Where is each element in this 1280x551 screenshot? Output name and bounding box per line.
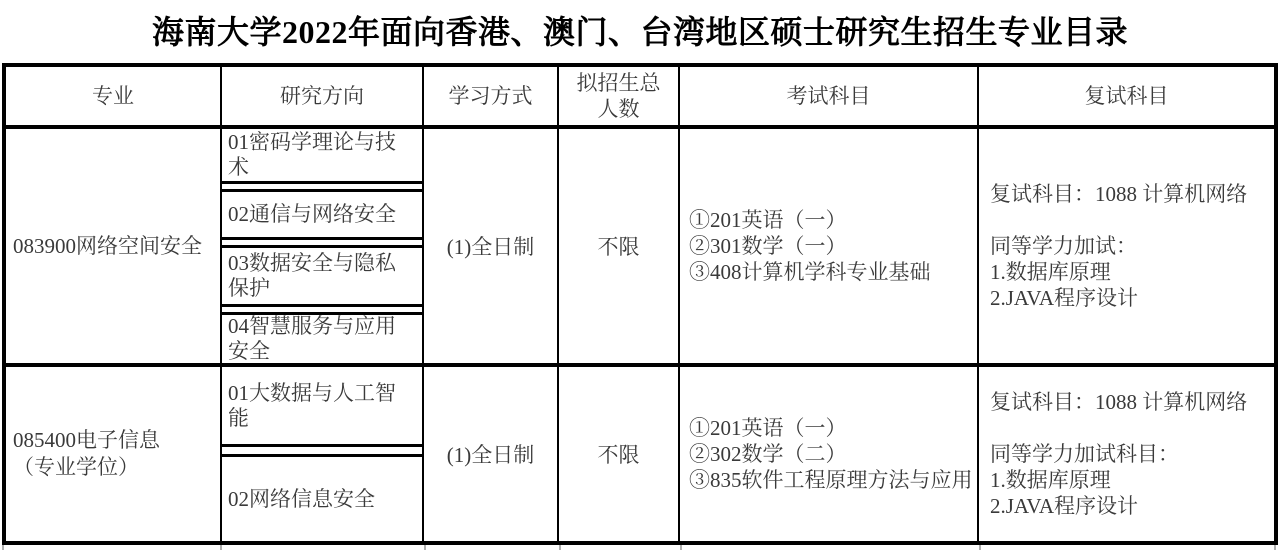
header-cell-study-mode: 学习方式 (424, 67, 559, 125)
retest-subjects-cell: 复试科目：1088 计算机网络 同等学力加试科目： 1.数据库原理 2.JAVA… (979, 367, 1274, 541)
research-directions-cell: 01大数据与人工智能 02网络信息安全 (222, 367, 424, 541)
direction-item: 04智慧服务与应用安全 (222, 312, 422, 363)
grid-stub (1274, 545, 1276, 550)
direction-item: 02网络信息安全 (222, 454, 422, 541)
major-cell: 085400电子信息 （专业学位） (6, 367, 222, 541)
grid-stub (220, 545, 222, 550)
table-row-083900: 083900网络空间安全 01密码学理论与技术 02通信与网络安全 03数据安全… (6, 129, 1274, 363)
exam-subjects-cell: ①201英语（一） ②301数学（一） ③408计算机学科专业基础 (680, 129, 979, 363)
planned-enrollment-cell: 不限 (559, 129, 680, 363)
retest-subjects-cell: 复试科目：1088 计算机网络 同等学力加试： 1.数据库原理 2.JAVA程序… (979, 129, 1274, 363)
research-directions-cell: 01密码学理论与技术 02通信与网络安全 03数据安全与隐私保护 04智慧服务与… (222, 129, 424, 363)
grid-stub (979, 545, 981, 550)
study-mode-cell: (1)全日制 (424, 129, 559, 363)
table-row-085400: 085400电子信息 （专业学位） 01大数据与人工智能 02网络信息安全 (1… (6, 363, 1274, 541)
direction-item: 01密码学理论与技术 (222, 129, 422, 184)
page-title: 海南大学2022年面向香港、澳门、台湾地区硕士研究生招生专业目录 (0, 4, 1280, 60)
header-cell-research-direction: 研究方向 (222, 67, 424, 125)
major-cell: 083900网络空间安全 (6, 129, 222, 363)
grid-stub (559, 545, 561, 550)
grid-stub (680, 545, 682, 550)
grid-stub (2, 545, 4, 550)
exam-subjects-cell: ①201英语（一） ②302数学（二） ③835软件工程原理方法与应用 (680, 367, 979, 541)
header-cell-planned-enrollment: 拟招生总人数 (559, 67, 680, 125)
header-cell-major: 专业 (6, 67, 222, 125)
page: 海南大学2022年面向香港、澳门、台湾地区硕士研究生招生专业目录 专业 研究方向… (0, 0, 1280, 551)
study-mode-cell: (1)全日制 (424, 367, 559, 541)
table-header-row: 专业 研究方向 学习方式 拟招生总人数 考试科目 复试科目 (6, 67, 1274, 129)
direction-item: 03数据安全与隐私保护 (222, 245, 422, 307)
header-cell-retest-subjects: 复试科目 (979, 67, 1274, 125)
grid-stub (424, 545, 426, 550)
direction-item: 01大数据与人工智能 (222, 367, 422, 447)
direction-item: 02通信与网络安全 (222, 189, 422, 240)
planned-enrollment-cell: 不限 (559, 367, 680, 541)
header-cell-exam-subjects: 考试科目 (680, 67, 979, 125)
admission-catalog-table: 专业 研究方向 学习方式 拟招生总人数 考试科目 复试科目 083900网络空间… (2, 63, 1278, 545)
